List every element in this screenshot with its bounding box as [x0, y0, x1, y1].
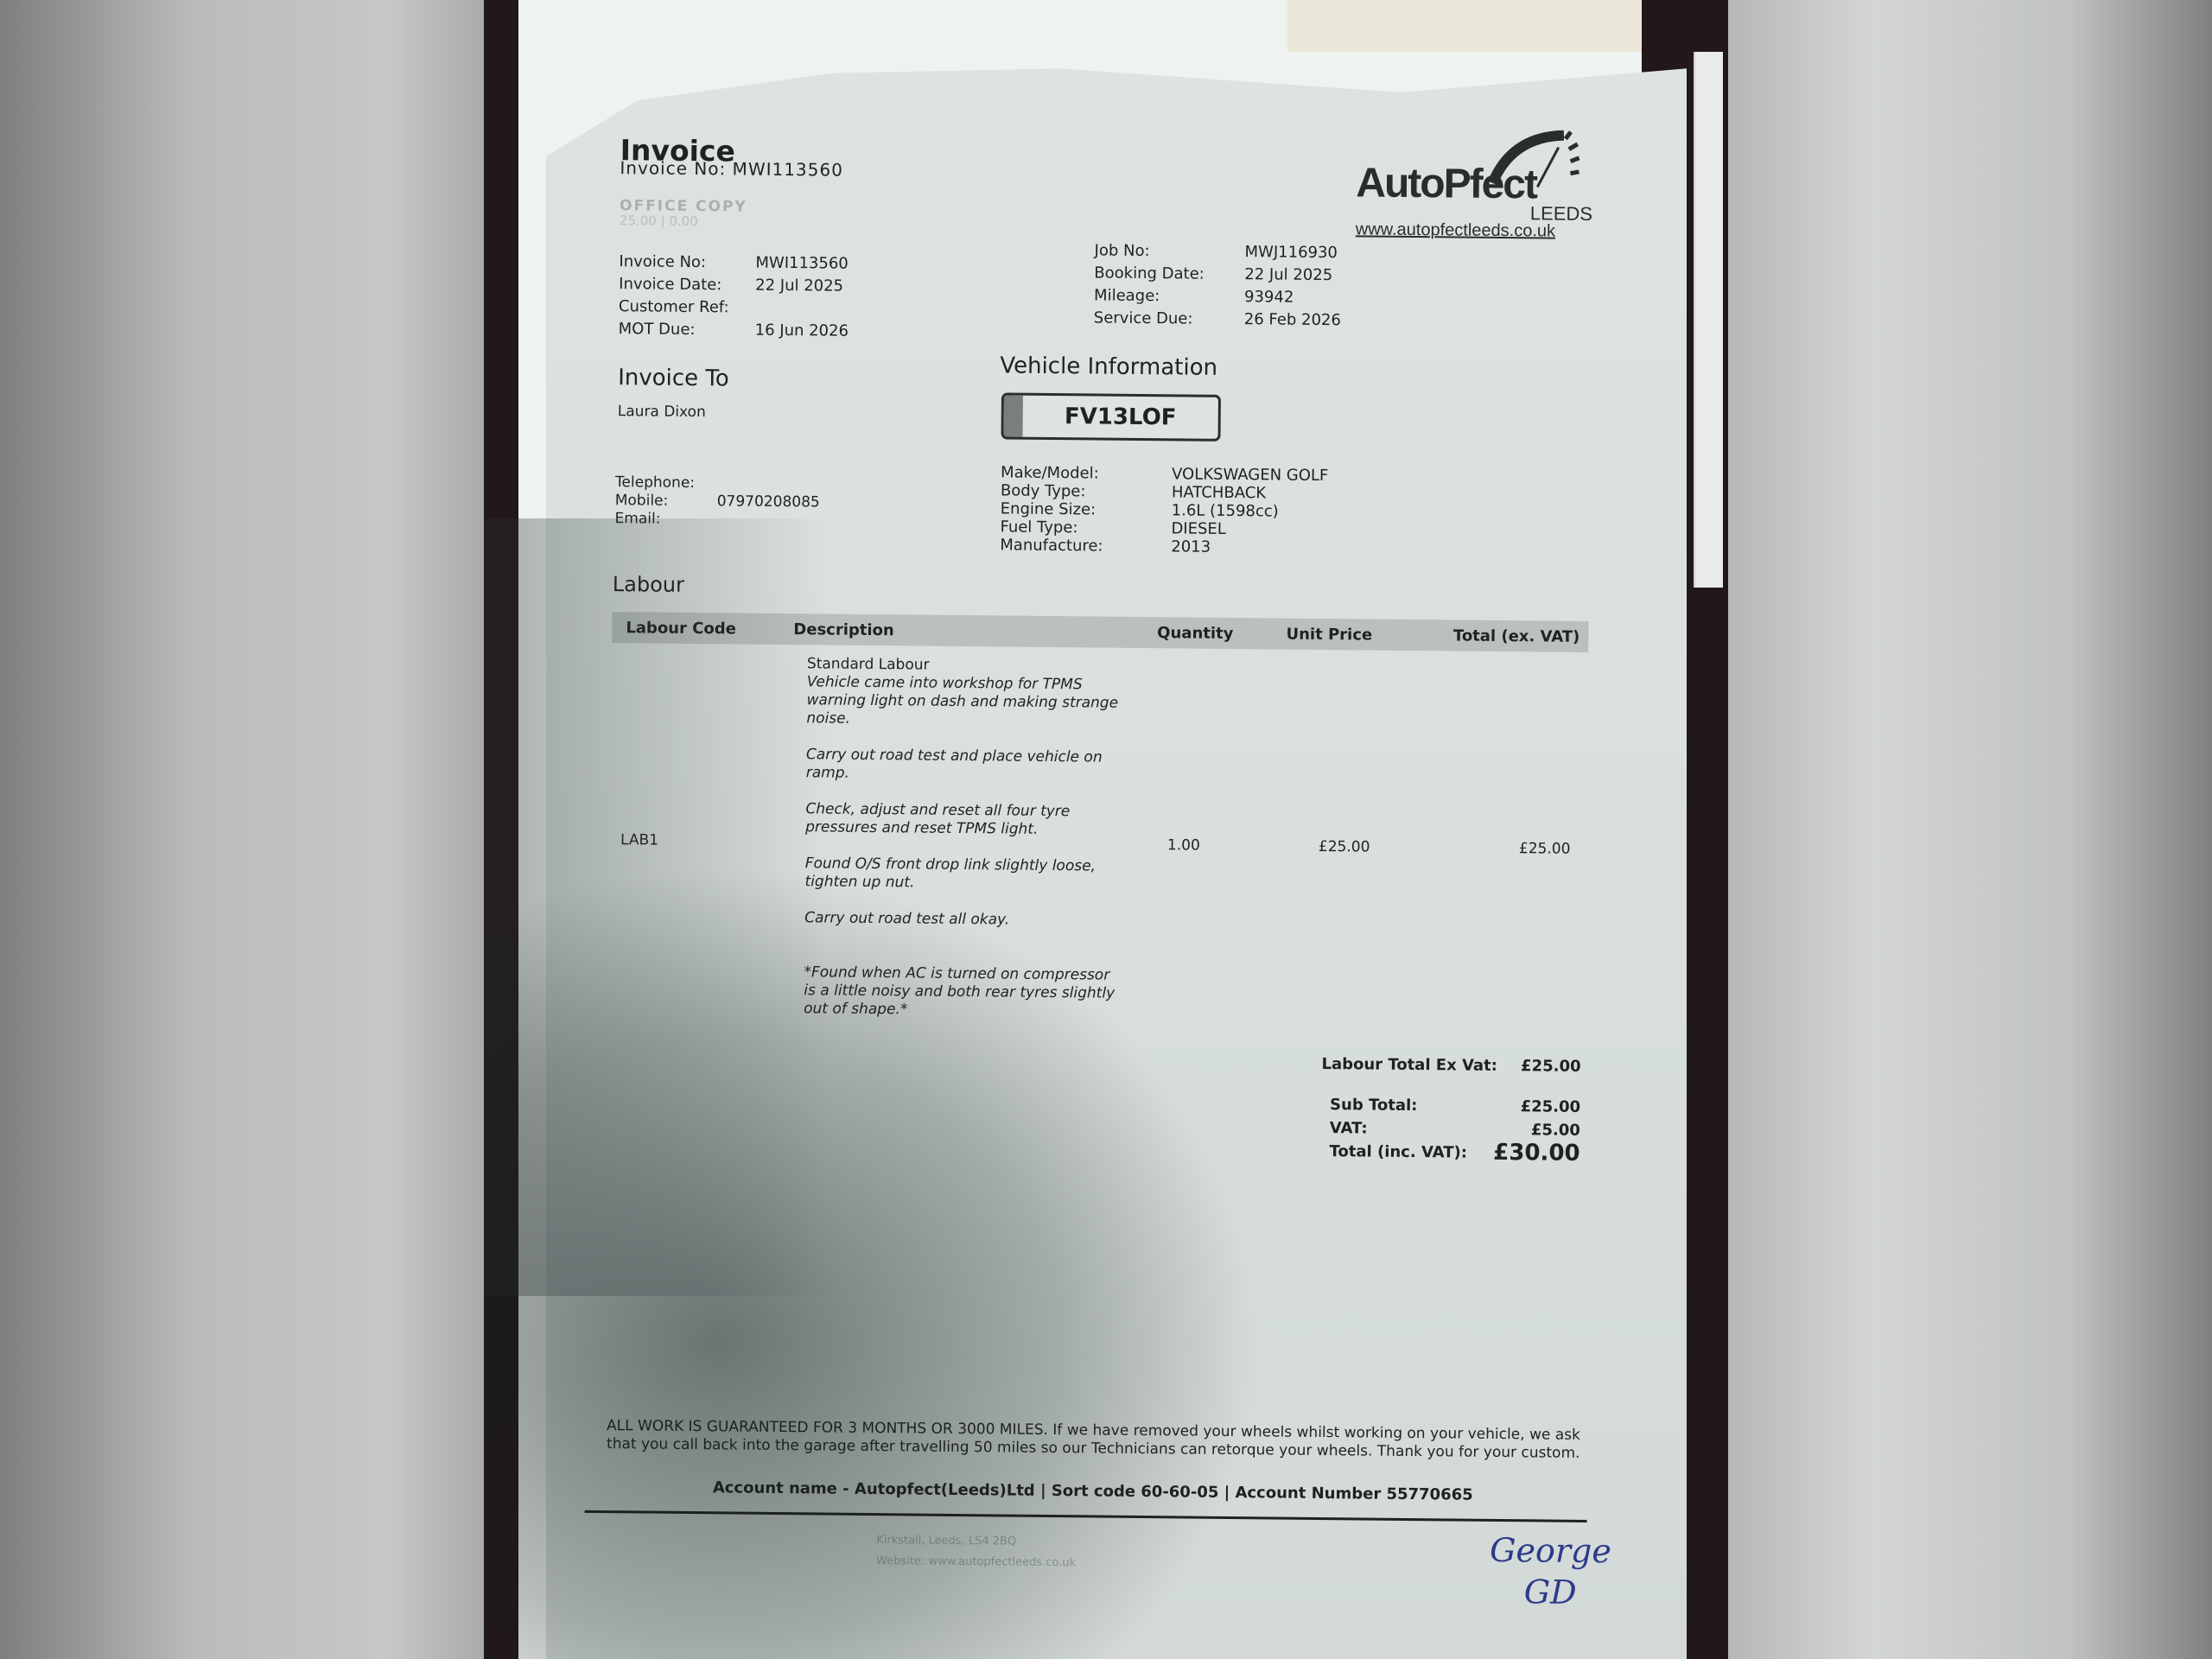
labour-quantity: 1.00 [1167, 836, 1200, 854]
contact-mobile: Mobile:07970208085 [615, 492, 820, 512]
job-meta: Job No:MWJ116930 Booking Date:22 Jul 202… [1094, 239, 1342, 332]
labour-table: Labour Code Description Quantity Unit Pr… [608, 612, 1589, 1050]
vehicle-info-heading: Vehicle Information [1000, 353, 1217, 380]
description-line: Found O/S front drop link slightly loose… [804, 855, 1124, 894]
meta-mot-due: MOT Due:16 Jun 2026 [619, 318, 849, 343]
plate-band [1004, 395, 1023, 436]
vehicle-manufacture: Manufacture:2013 [1000, 536, 1327, 557]
labour-total-row: Labour Total Ex Vat:£25.00 [1321, 1052, 1580, 1078]
description-line: Check, adjust and reset all four tyre pr… [805, 800, 1125, 840]
invoice-meta: Invoice No:MWI113560 Invoice Date:22 Jul… [619, 251, 849, 343]
col-total: Total (ex. VAT) [1398, 626, 1588, 645]
company-address: Kirkstall, Leeds, LS4 2BQ Website: www.a… [876, 1530, 1076, 1573]
customer-name: Laura Dixon [618, 403, 706, 421]
description-line: Vehicle came into workshop for TPMS warn… [806, 673, 1127, 731]
office-copy-sub: 25.00 | 0.00 [620, 213, 698, 229]
meta-job-no: Job No:MWJ116930 [1094, 239, 1341, 264]
underlying-paper-cream [1287, 0, 1642, 52]
labour-code: LAB1 [620, 831, 658, 849]
vehicle-details: Make/Model:VOLKSWAGEN GOLF Body Type:HAT… [1000, 463, 1328, 557]
invoice-number-line: Invoice No: MWI113560 [620, 157, 843, 180]
subtotal-row: Sub Total:£25.00 [1330, 1093, 1580, 1119]
col-quantity: Quantity [1130, 623, 1260, 642]
website-link[interactable]: www.autopfectleeds.co.uk [1356, 219, 1555, 241]
labour-heading: Labour [613, 572, 684, 597]
meta-invoice-no: Invoice No:MWI113560 [619, 251, 849, 276]
col-unit-price: Unit Price [1260, 625, 1398, 645]
meta-invoice-date: Invoice Date:22 Jul 2025 [619, 273, 849, 298]
invoice-document: Invoice Invoice No: MWI113560 OFFICE COP… [590, 121, 1624, 1651]
vat-row: VAT:£5.00 [1330, 1116, 1580, 1142]
meta-customer-ref: Customer Ref: [619, 296, 849, 321]
description-line: Carry out road test all okay. [804, 909, 1124, 931]
registration-plate: FV13LOF [1001, 392, 1221, 441]
logo-brand: AutoPfect [1356, 159, 1536, 208]
labour-total: £25.00 [1519, 840, 1571, 858]
meta-service-due: Service Due:26 Feb 2026 [1094, 307, 1341, 332]
labour-unit-price: £25.00 [1319, 838, 1370, 856]
meta-booking-date: Booking Date:22 Jul 2025 [1094, 262, 1341, 287]
invoice-to-heading: Invoice To [618, 365, 729, 391]
side-paper [1694, 52, 1723, 588]
col-description: Description [793, 620, 1130, 642]
autopfect-logo: AutoPfect LEEDS www.autopfectleeds.co.uk [1356, 128, 1616, 251]
contact-email: Email: [614, 510, 819, 530]
registration-number: FV13LOF [1023, 404, 1218, 431]
meta-mileage: Mileage:93942 [1094, 284, 1341, 309]
handwritten-note: George GD [1489, 1529, 1611, 1613]
table-row: LAB1 Standard Labour Vehicle came into w… [608, 643, 1588, 1050]
description-note: *Found when AC is turned on compressor i… [804, 963, 1124, 1021]
footer-divider [585, 1510, 1587, 1522]
blurred-background-right [1728, 0, 2212, 1659]
bank-account-details: Account name - Autopfect(Leeds)Ltd | Sor… [592, 1478, 1594, 1505]
col-labour-code: Labour Code [612, 619, 793, 639]
guarantee-text: ALL WORK IS GUARANTEED FOR 3 MONTHS OR 3… [592, 1417, 1594, 1463]
totals-block: Labour Total Ex Vat:£25.00 Sub Total:£25… [1329, 1052, 1580, 1166]
contact-telephone: Telephone: [615, 474, 820, 493]
blurred-background-left [0, 0, 484, 1659]
description-line: Carry out road test and place vehicle on… [806, 746, 1126, 785]
labour-description: Standard Labour Vehicle came into worksh… [804, 655, 1127, 1039]
customer-contact: Telephone: Mobile:07970208085 Email: [614, 474, 820, 530]
grand-total-row: Total (inc. VAT):£30.00 [1329, 1140, 1580, 1166]
